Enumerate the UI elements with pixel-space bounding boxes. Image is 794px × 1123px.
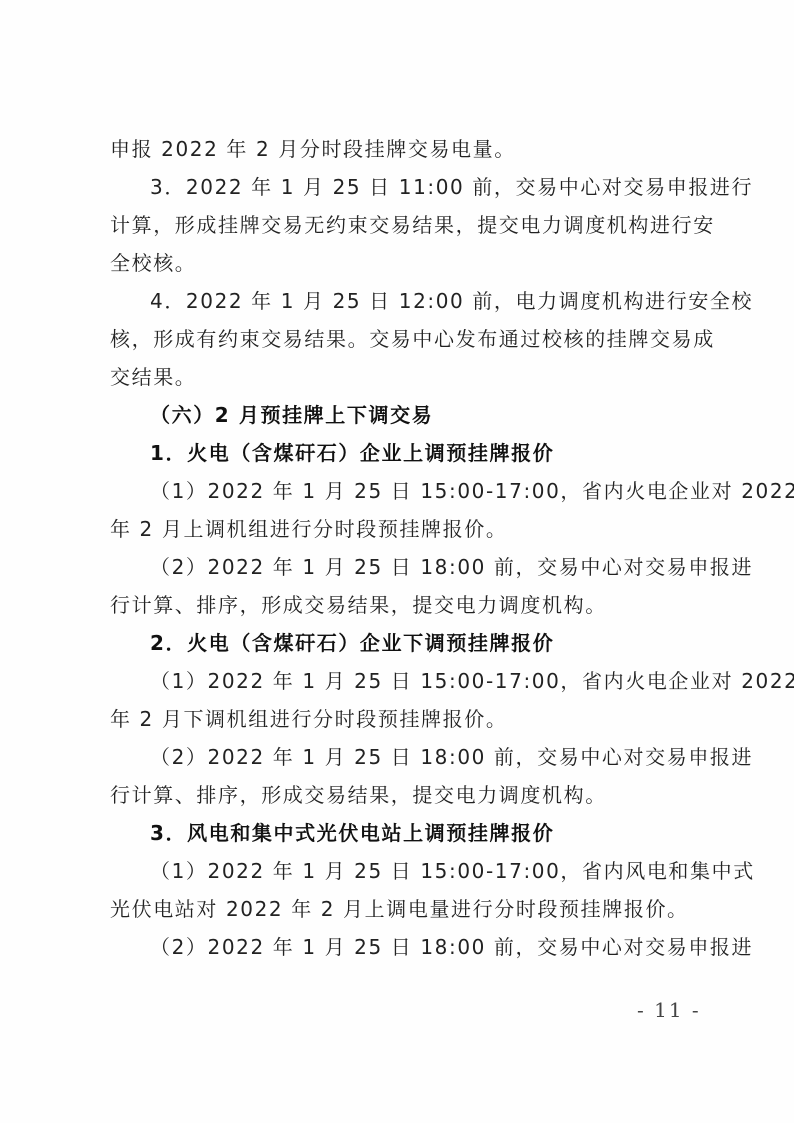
paragraph-line: （2）2022 年 1 月 25 日 18:00 前，交易中心对交易申报进 [150, 744, 696, 770]
paragraph-line: （2）2022 年 1 月 25 日 18:00 前，交易中心对交易申报进 [150, 554, 696, 580]
paragraph-line: 行计算、排序，形成交易结果，提交电力调度机构。 [110, 592, 696, 618]
document-page: 申报 2022 年 2 月分时段挂牌交易电量。 3．2022 年 1 月 25 … [0, 0, 794, 1123]
paragraph-line: 全校核。 [110, 250, 696, 276]
paragraph-line: 核，形成有约束交易结果。交易中心发布通过校核的挂牌交易成 [110, 326, 696, 352]
paragraph-line: 4．2022 年 1 月 25 日 12:00 前，电力调度机构进行安全校 [150, 288, 696, 314]
paragraph-line: 光伏电站对 2022 年 2 月上调电量进行分时段预挂牌报价。 [110, 896, 696, 922]
section-heading: （六）2 月预挂牌上下调交易 [150, 402, 696, 428]
paragraph-line: 3．2022 年 1 月 25 日 11:00 前，交易中心对交易申报进行 [150, 174, 696, 200]
page-number: - 11 - [637, 998, 701, 1022]
paragraph-line: 年 2 月下调机组进行分时段预挂牌报价。 [110, 706, 696, 732]
paragraph-line: （1）2022 年 1 月 25 日 15:00-17:00，省内火电企业对 2… [150, 478, 696, 504]
paragraph-line: 申报 2022 年 2 月分时段挂牌交易电量。 [110, 136, 696, 162]
paragraph-line: 年 2 月上调机组进行分时段预挂牌报价。 [110, 516, 696, 542]
paragraph-line: 行计算、排序，形成交易结果，提交电力调度机构。 [110, 782, 696, 808]
paragraph-line: （1）2022 年 1 月 25 日 15:00-17:00，省内风电和集中式 [150, 858, 696, 884]
subsection-heading: 2．火电（含煤矸石）企业下调预挂牌报价 [150, 630, 696, 656]
paragraph-line: 计算，形成挂牌交易无约束交易结果，提交电力调度机构进行安 [110, 212, 696, 238]
paragraph-line: （2）2022 年 1 月 25 日 18:00 前，交易中心对交易申报进 [150, 934, 696, 960]
paragraph-line: 交结果。 [110, 364, 696, 390]
paragraph-line: （1）2022 年 1 月 25 日 15:00-17:00，省内火电企业对 2… [150, 668, 696, 694]
subsection-heading: 1．火电（含煤矸石）企业上调预挂牌报价 [150, 440, 696, 466]
subsection-heading: 3．风电和集中式光伏电站上调预挂牌报价 [150, 820, 696, 846]
